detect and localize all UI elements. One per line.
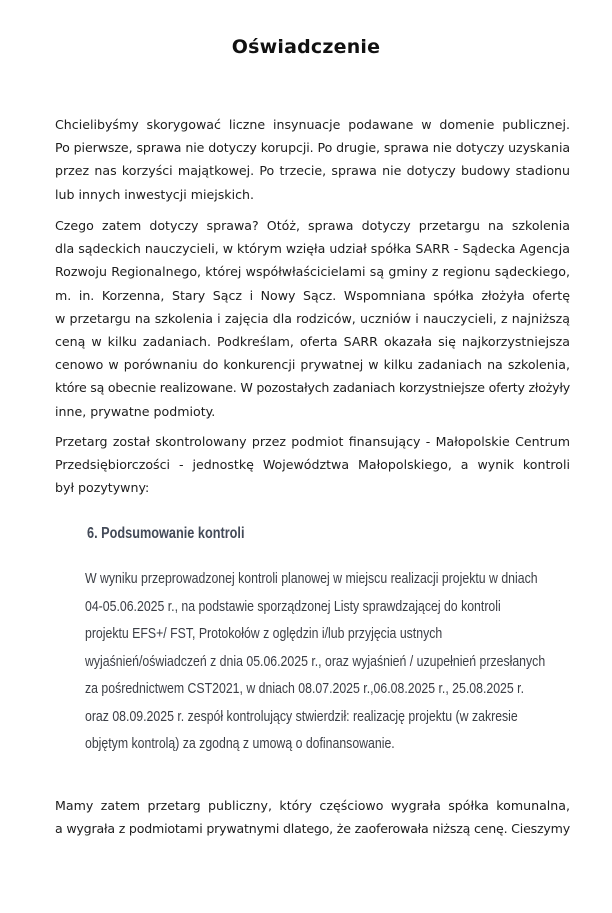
- scan-line: projektu EFS+/ FST, Protokołów z oględzi…: [85, 620, 545, 648]
- text-line: m. in. Korzenna, Stary Sącz i Nowy Sącz.…: [55, 284, 570, 307]
- paragraph-intro: Chcielibyśmy skorygować liczne insynuacj…: [55, 113, 570, 206]
- text-line: Czego zatem dotyczy sprawa? Otóż, sprawa…: [55, 214, 570, 237]
- text-line: Przetarg został skontrolowany przez podm…: [55, 430, 570, 453]
- text-line: był pozytywny:: [55, 476, 570, 499]
- text-line: które są obecnie realizowane. W pozostał…: [55, 376, 570, 399]
- scan-line: 04-05.06.2025 r., na podstawie sporządzo…: [85, 593, 545, 621]
- paragraph-conclusion: Mamy zatem przetarg publiczny, który czę…: [55, 794, 570, 840]
- text-line: Rozwoju Regionalnego, której współwłaści…: [55, 260, 570, 283]
- document-title: Oświadczenie: [0, 36, 612, 58]
- scan-line: W wyniku przeprowadzonej kontroli planow…: [85, 565, 545, 593]
- text-line: ceną w kilku zadaniach. Podkreślam, ofer…: [55, 330, 570, 353]
- text-line: Przedsiębiorczości - jednostkę Województ…: [55, 453, 570, 476]
- paragraph-control-result: Przetarg został skontrolowany przez podm…: [55, 430, 570, 500]
- scan-body: W wyniku przeprowadzonej kontroli planow…: [85, 565, 612, 758]
- text-line: przez nas korzyści majątkowej. Po trzeci…: [55, 159, 570, 182]
- text-line: cenowo w porównaniu do konkurencji prywa…: [55, 353, 570, 376]
- text-line: Po pierwsze, sprawa nie dotyczy korupcji…: [55, 136, 570, 159]
- scan-line: oraz 08.09.2025 r. zespół kontrolujący s…: [85, 703, 545, 731]
- paragraph-tender-details: Czego zatem dotyczy sprawa? Otóż, sprawa…: [55, 214, 570, 423]
- scan-line: wyjaśnień/oświadczeń z dnia 05.06.2025 r…: [85, 648, 545, 676]
- text-line: a wygrała z podmiotami prywatnymi dlateg…: [55, 817, 570, 840]
- text-line: Mamy zatem przetarg publiczny, który czę…: [55, 794, 570, 817]
- scan-heading: 6. Podsumowanie kontroli: [87, 525, 244, 543]
- text-line: w przetargu na szkolenia i zajęcia dla r…: [55, 307, 570, 330]
- text-line: lub innych inwestycji miejskich.: [55, 183, 570, 206]
- text-line: inne, prywatne podmioty.: [55, 400, 570, 423]
- scan-line: objętym kontrolą) za zgodną z umową o do…: [85, 730, 545, 758]
- text-line: Chcielibyśmy skorygować liczne insynuacj…: [55, 113, 570, 136]
- scan-line: za pośrednictwem CST2021, w dniach 08.07…: [85, 675, 545, 703]
- text-line: dla sądeckich nauczycieli, w którym wzię…: [55, 237, 570, 260]
